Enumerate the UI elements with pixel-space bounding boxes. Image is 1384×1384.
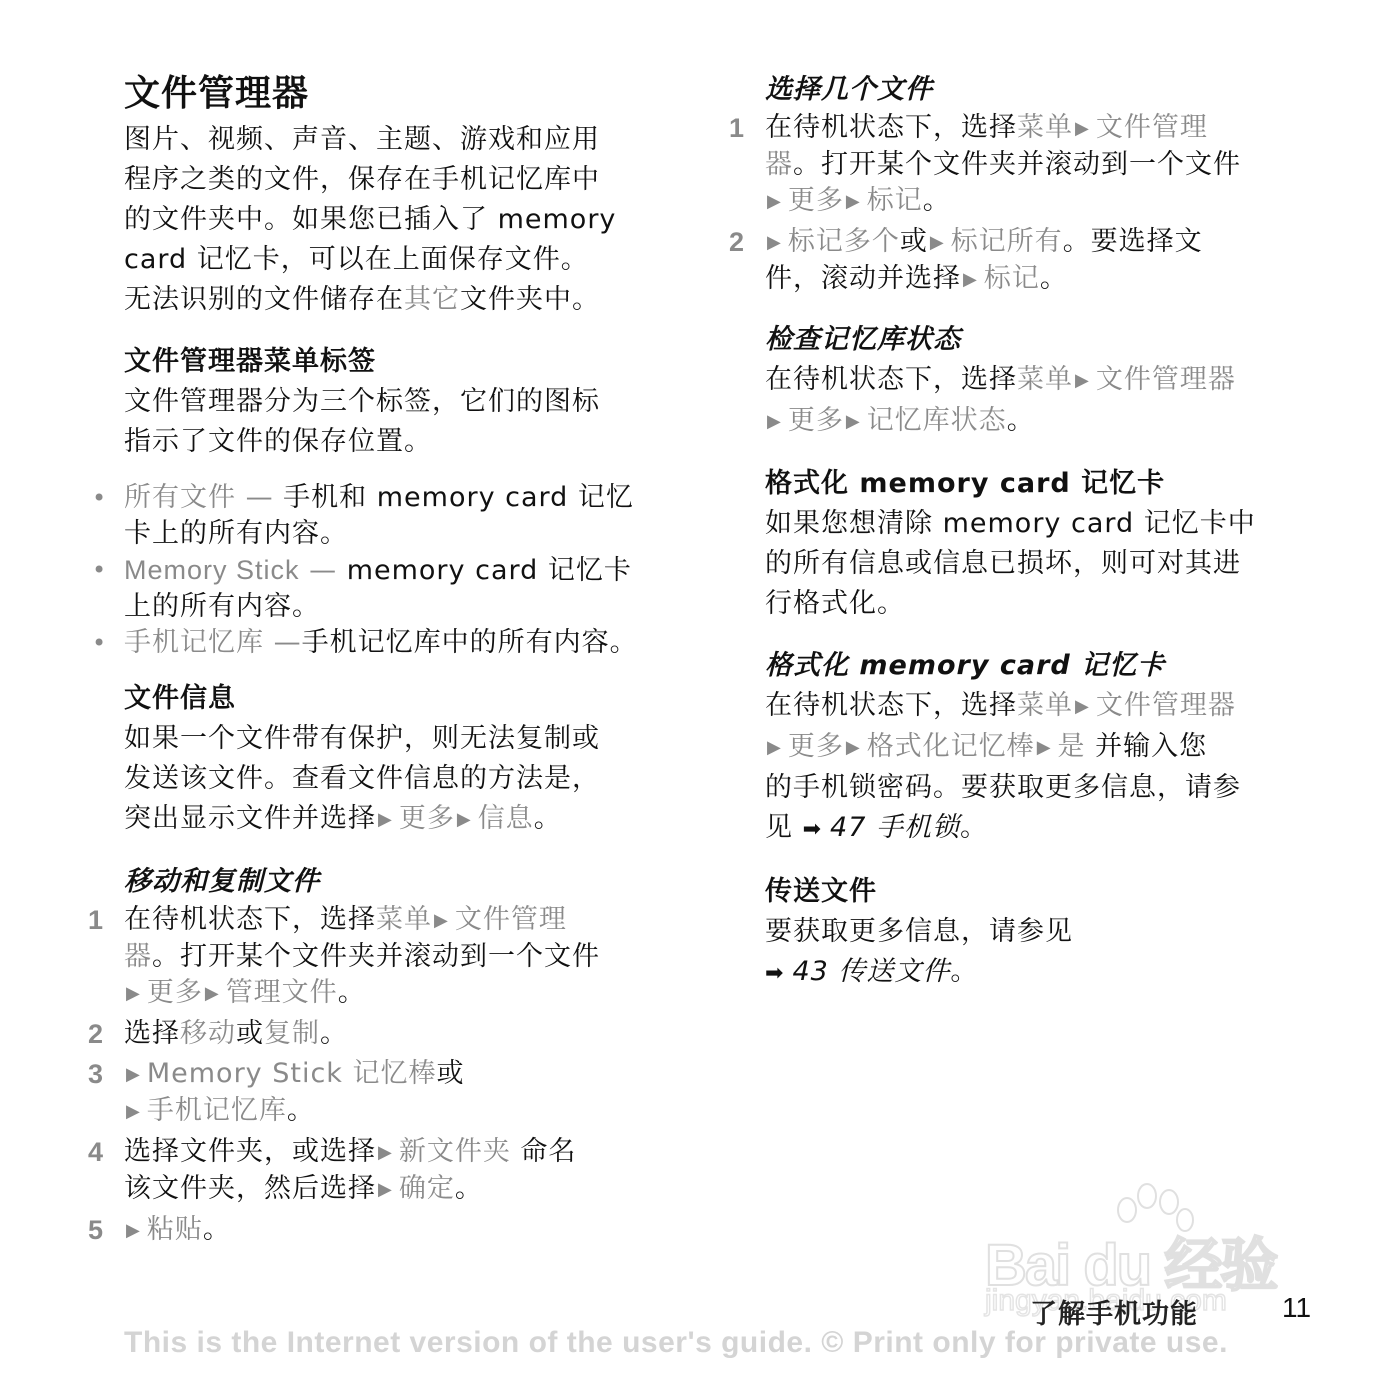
- triangle-icon: ▶: [963, 269, 978, 290]
- menu-term-manage: 管理文件: [226, 977, 338, 1008]
- step-number: 2: [88, 1016, 104, 1052]
- section-heading-format-steps: 格式化 memory card 记忆卡: [765, 646, 1325, 686]
- section-heading-memory-status: 检查记忆库状态: [765, 320, 1325, 360]
- disclaimer: This is the Internet version of the user…: [124, 1326, 1228, 1360]
- menu-term-menu: 菜单: [1017, 364, 1073, 395]
- reference-arrow-icon: ➡: [765, 961, 784, 986]
- text: 在待机状态下，选择: [124, 904, 376, 935]
- triangle-icon: ▶: [846, 191, 861, 212]
- triangle-icon: ▶: [1037, 737, 1052, 758]
- triangle-icon: ▶: [767, 737, 782, 758]
- menu-term-file-manager: 文件管理: [455, 904, 567, 935]
- step: 2 ▶标记多个或▶标记所有。要选择文 件，滚动并选择▶标记。: [765, 224, 1325, 298]
- desc: 手机记忆库中的所有内容。: [302, 627, 638, 658]
- body-line: 在待机状态下，选择菜单▶文件管理器: [765, 360, 1325, 401]
- step: 4 选择文件夹，或选择▶新文件夹 命名 该文件夹，然后选择▶确定。: [124, 1134, 684, 1208]
- body-line: 的所有信息或信息已损坏，则可对其进: [765, 544, 1325, 584]
- select-steps: 1 在待机状态下，选择菜单▶文件管理 器。打开某个文件夹并滚动到一个文件 ▶更多…: [765, 110, 1325, 298]
- menu-term-mark: 标记: [867, 185, 923, 216]
- body-line: 在待机状态下，选择菜单▶文件管理器: [765, 686, 1325, 727]
- menu-term-memory-status: 记忆库状态: [867, 405, 1007, 436]
- text: 或: [437, 1058, 465, 1089]
- dash: —: [300, 555, 347, 586]
- triangle-icon: ▶: [434, 910, 449, 931]
- step-number: 1: [729, 110, 745, 146]
- triangle-icon: ▶: [378, 1179, 393, 1200]
- desc: memory card 记忆卡: [347, 555, 632, 586]
- right-column: 选择几个文件 1 在待机状态下，选择菜单▶文件管理 器。打开某个文件夹并滚动到一…: [765, 70, 1325, 994]
- triangle-icon: ▶: [126, 1064, 141, 1085]
- desc: 手机和 memory card 记忆: [283, 482, 634, 513]
- text: 选择: [124, 1018, 180, 1049]
- step: 2 选择移动或复制。: [124, 1016, 684, 1052]
- section-heading-tabs: 文件管理器菜单标签: [124, 342, 684, 382]
- menu-term-mark-all: 标记所有: [951, 226, 1063, 257]
- body-line: 突出显示文件并选择▶更多▶信息。: [124, 799, 684, 840]
- list-item: • Memory Stick — memory card 记忆卡 上的所有内容。: [124, 552, 684, 625]
- section-heading-send: 传送文件: [765, 872, 1325, 912]
- intro-line: 的文件夹中。如果您已插入了 memory: [124, 200, 684, 240]
- menu-term-yes: 是: [1058, 731, 1086, 762]
- menu-term-file-manager: 文件管理器: [1096, 364, 1236, 395]
- menu-term-ok: 确定: [399, 1173, 455, 1204]
- text: 。: [950, 956, 978, 987]
- menu-term-info: 信息: [478, 803, 534, 834]
- triangle-icon: ▶: [378, 809, 393, 830]
- text: 。打开某个文件夹并滚动到一个文件: [793, 149, 1241, 180]
- step: 3 ▶Memory Stick 记忆棒或 ▶手机记忆库。: [124, 1056, 684, 1130]
- page-reference-link[interactable]: 43 传送文件: [792, 956, 950, 987]
- menu-term-mark: 标记: [984, 263, 1040, 294]
- triangle-icon: ▶: [767, 232, 782, 253]
- text: 在待机状态下，选择: [765, 690, 1017, 721]
- menu-term-phone-memory: 手机记忆库: [147, 1095, 287, 1126]
- menu-term-move: 移动: [180, 1018, 236, 1049]
- bullet-icon: •: [92, 625, 107, 661]
- text: 并输入您: [1086, 731, 1208, 762]
- text: 文件夹中。: [460, 284, 600, 315]
- body-line: 指示了文件的保存位置。: [124, 422, 684, 462]
- step-number: 2: [729, 224, 745, 260]
- text: 。: [923, 185, 951, 216]
- text: 。: [534, 803, 562, 834]
- step-number: 4: [88, 1134, 104, 1170]
- ref-page: 43: [792, 956, 828, 987]
- ref-title: 手机锁: [876, 812, 960, 843]
- tab-term: 手机记忆库: [124, 627, 264, 658]
- intro-line: 程序之类的文件，保存在手机记忆库中: [124, 160, 684, 200]
- page-title: 文件管理器: [124, 70, 684, 118]
- text: 。: [338, 977, 366, 1008]
- triangle-icon: ▶: [930, 232, 945, 253]
- ref-page: 47: [830, 812, 866, 843]
- intro-line: card 记忆卡，可以在上面保存文件。: [124, 240, 684, 280]
- menu-term-more: 更多: [788, 405, 844, 436]
- triangle-icon: ▶: [126, 1220, 141, 1241]
- triangle-icon: ▶: [126, 983, 141, 1004]
- left-column: 文件管理器 图片、视频、声音、主题、游戏和应用 程序之类的文件，保存在手机记忆库…: [124, 70, 684, 1253]
- text: 命名: [511, 1136, 577, 1167]
- text: 在待机状态下，选择: [765, 112, 1017, 143]
- text: 。: [455, 1173, 483, 1204]
- ref-title: 传送文件: [838, 956, 950, 987]
- text: 突出显示文件并选择: [124, 803, 376, 834]
- text: 。要选择文: [1063, 226, 1203, 257]
- page-reference-link[interactable]: 47 手机锁: [830, 812, 960, 843]
- step-number: 5: [88, 1212, 104, 1248]
- body-line: ▶更多▶格式化记忆棒▶是 并输入您: [765, 727, 1325, 768]
- triangle-icon: ▶: [457, 809, 472, 830]
- section-heading-select: 选择几个文件: [765, 70, 1325, 110]
- triangle-icon: ▶: [846, 737, 861, 758]
- section-heading-file-info: 文件信息: [124, 679, 684, 719]
- body-line: 如果一个文件带有保护，则无法复制或: [124, 719, 684, 759]
- step-number: 1: [88, 902, 104, 938]
- menu-term-more: 更多: [788, 185, 844, 216]
- text: 。: [203, 1214, 231, 1245]
- body-line: 发送该文件。查看文件信息的方法是，: [124, 759, 684, 799]
- menu-term-file-manager: 器: [124, 941, 152, 972]
- triangle-icon: ▶: [846, 411, 861, 432]
- menu-term-new-folder: 新文件夹: [399, 1136, 511, 1167]
- body-line: 的手机锁密码。要获取更多信息，请参: [765, 768, 1325, 808]
- text: 。: [320, 1018, 348, 1049]
- text: 选择文件夹，或选择: [124, 1136, 376, 1167]
- tab-term: Memory Stick: [124, 555, 300, 585]
- triangle-icon: ▶: [126, 1101, 141, 1122]
- body-line: 行格式化。: [765, 584, 1325, 624]
- menu-term-menu: 菜单: [1017, 690, 1073, 721]
- text: 。: [1007, 405, 1035, 436]
- text: 在待机状态下，选择: [765, 364, 1017, 395]
- triangle-icon: ▶: [1075, 118, 1090, 139]
- body-line: ➡43 传送文件。: [765, 952, 1325, 994]
- dash: —: [236, 482, 283, 513]
- text: 。: [1040, 263, 1068, 294]
- list-item: • 所有文件 — 手机和 memory card 记忆 卡上的所有内容。: [124, 480, 684, 552]
- dash: —: [264, 627, 302, 658]
- text: 该文件夹，然后选择: [124, 1173, 376, 1204]
- list-item: • 手机记忆库 —手机记忆库中的所有内容。: [124, 625, 684, 661]
- menu-term-file-manager: 器: [765, 149, 793, 180]
- triangle-icon: ▶: [767, 411, 782, 432]
- desc: 卡上的所有内容。: [124, 518, 348, 549]
- intro-line: 无法识别的文件储存在其它文件夹中。: [124, 280, 684, 320]
- tab-term: 所有文件: [124, 482, 236, 513]
- step-number: 3: [88, 1056, 104, 1092]
- step: 5 ▶粘贴。: [124, 1212, 684, 1249]
- menu-term-paste: 粘贴: [147, 1214, 203, 1245]
- step: 1 在待机状态下，选择菜单▶文件管理 器。打开某个文件夹并滚动到一个文件 ▶更多…: [765, 110, 1325, 220]
- intro-line: 图片、视频、声音、主题、游戏和应用: [124, 120, 684, 160]
- bullet-icon: •: [92, 552, 107, 588]
- step: 1 在待机状态下，选择菜单▶文件管理 器。打开某个文件夹并滚动到一个文件 ▶更多…: [124, 902, 684, 1012]
- body-line: 如果您想清除 memory card 记忆卡中: [765, 504, 1325, 544]
- menu-term-other: 其它: [404, 284, 460, 315]
- menu-term-more: 更多: [788, 731, 844, 762]
- section-heading-move-copy: 移动和复制文件: [124, 862, 684, 902]
- page-number: 11: [1282, 1292, 1311, 1324]
- text: 件，滚动并选择: [765, 263, 961, 294]
- menu-term-format: 格式化记忆棒: [867, 731, 1035, 762]
- bullet-icon: •: [92, 480, 107, 516]
- triangle-icon: ▶: [767, 191, 782, 212]
- menu-term-menu: 菜单: [1017, 112, 1073, 143]
- menu-term-more: 更多: [147, 977, 203, 1008]
- menu-term-mark-several: 标记多个: [788, 226, 900, 257]
- menu-term-file-manager: 文件管理器: [1096, 690, 1236, 721]
- triangle-icon: ▶: [1075, 696, 1090, 717]
- tab-list: • 所有文件 — 手机和 memory card 记忆 卡上的所有内容。 • M…: [124, 480, 684, 661]
- triangle-icon: ▶: [378, 1142, 393, 1163]
- menu-term-more: 更多: [399, 803, 455, 834]
- menu-term-menu: 菜单: [376, 904, 432, 935]
- text: 。: [287, 1095, 315, 1126]
- text: 见: [765, 812, 793, 843]
- menu-term-copy: 复制: [264, 1018, 320, 1049]
- text: 或: [236, 1018, 264, 1049]
- section-heading-format-info: 格式化 memory card 记忆卡: [765, 464, 1325, 504]
- desc: 上的所有内容。: [124, 591, 320, 622]
- menu-term-file-manager: 文件管理: [1096, 112, 1208, 143]
- menu-term-memory-stick: Memory Stick 记忆棒: [147, 1058, 437, 1089]
- text: 或: [900, 226, 928, 257]
- body-line: 要获取更多信息，请参见: [765, 912, 1325, 952]
- triangle-icon: ▶: [205, 983, 220, 1004]
- text: 。: [960, 812, 988, 843]
- move-steps: 1 在待机状态下，选择菜单▶文件管理 器。打开某个文件夹并滚动到一个文件 ▶更多…: [124, 902, 684, 1249]
- reference-arrow-icon: ➡: [803, 817, 822, 842]
- text: 无法识别的文件储存在: [124, 284, 404, 315]
- text: 。打开某个文件夹并滚动到一个文件: [152, 941, 600, 972]
- body-line: 见 ➡47 手机锁。: [765, 808, 1325, 850]
- body-line: 文件管理器分为三个标签，它们的图标: [124, 382, 684, 422]
- triangle-icon: ▶: [1075, 370, 1090, 391]
- body-line: ▶更多▶记忆库状态。: [765, 401, 1325, 442]
